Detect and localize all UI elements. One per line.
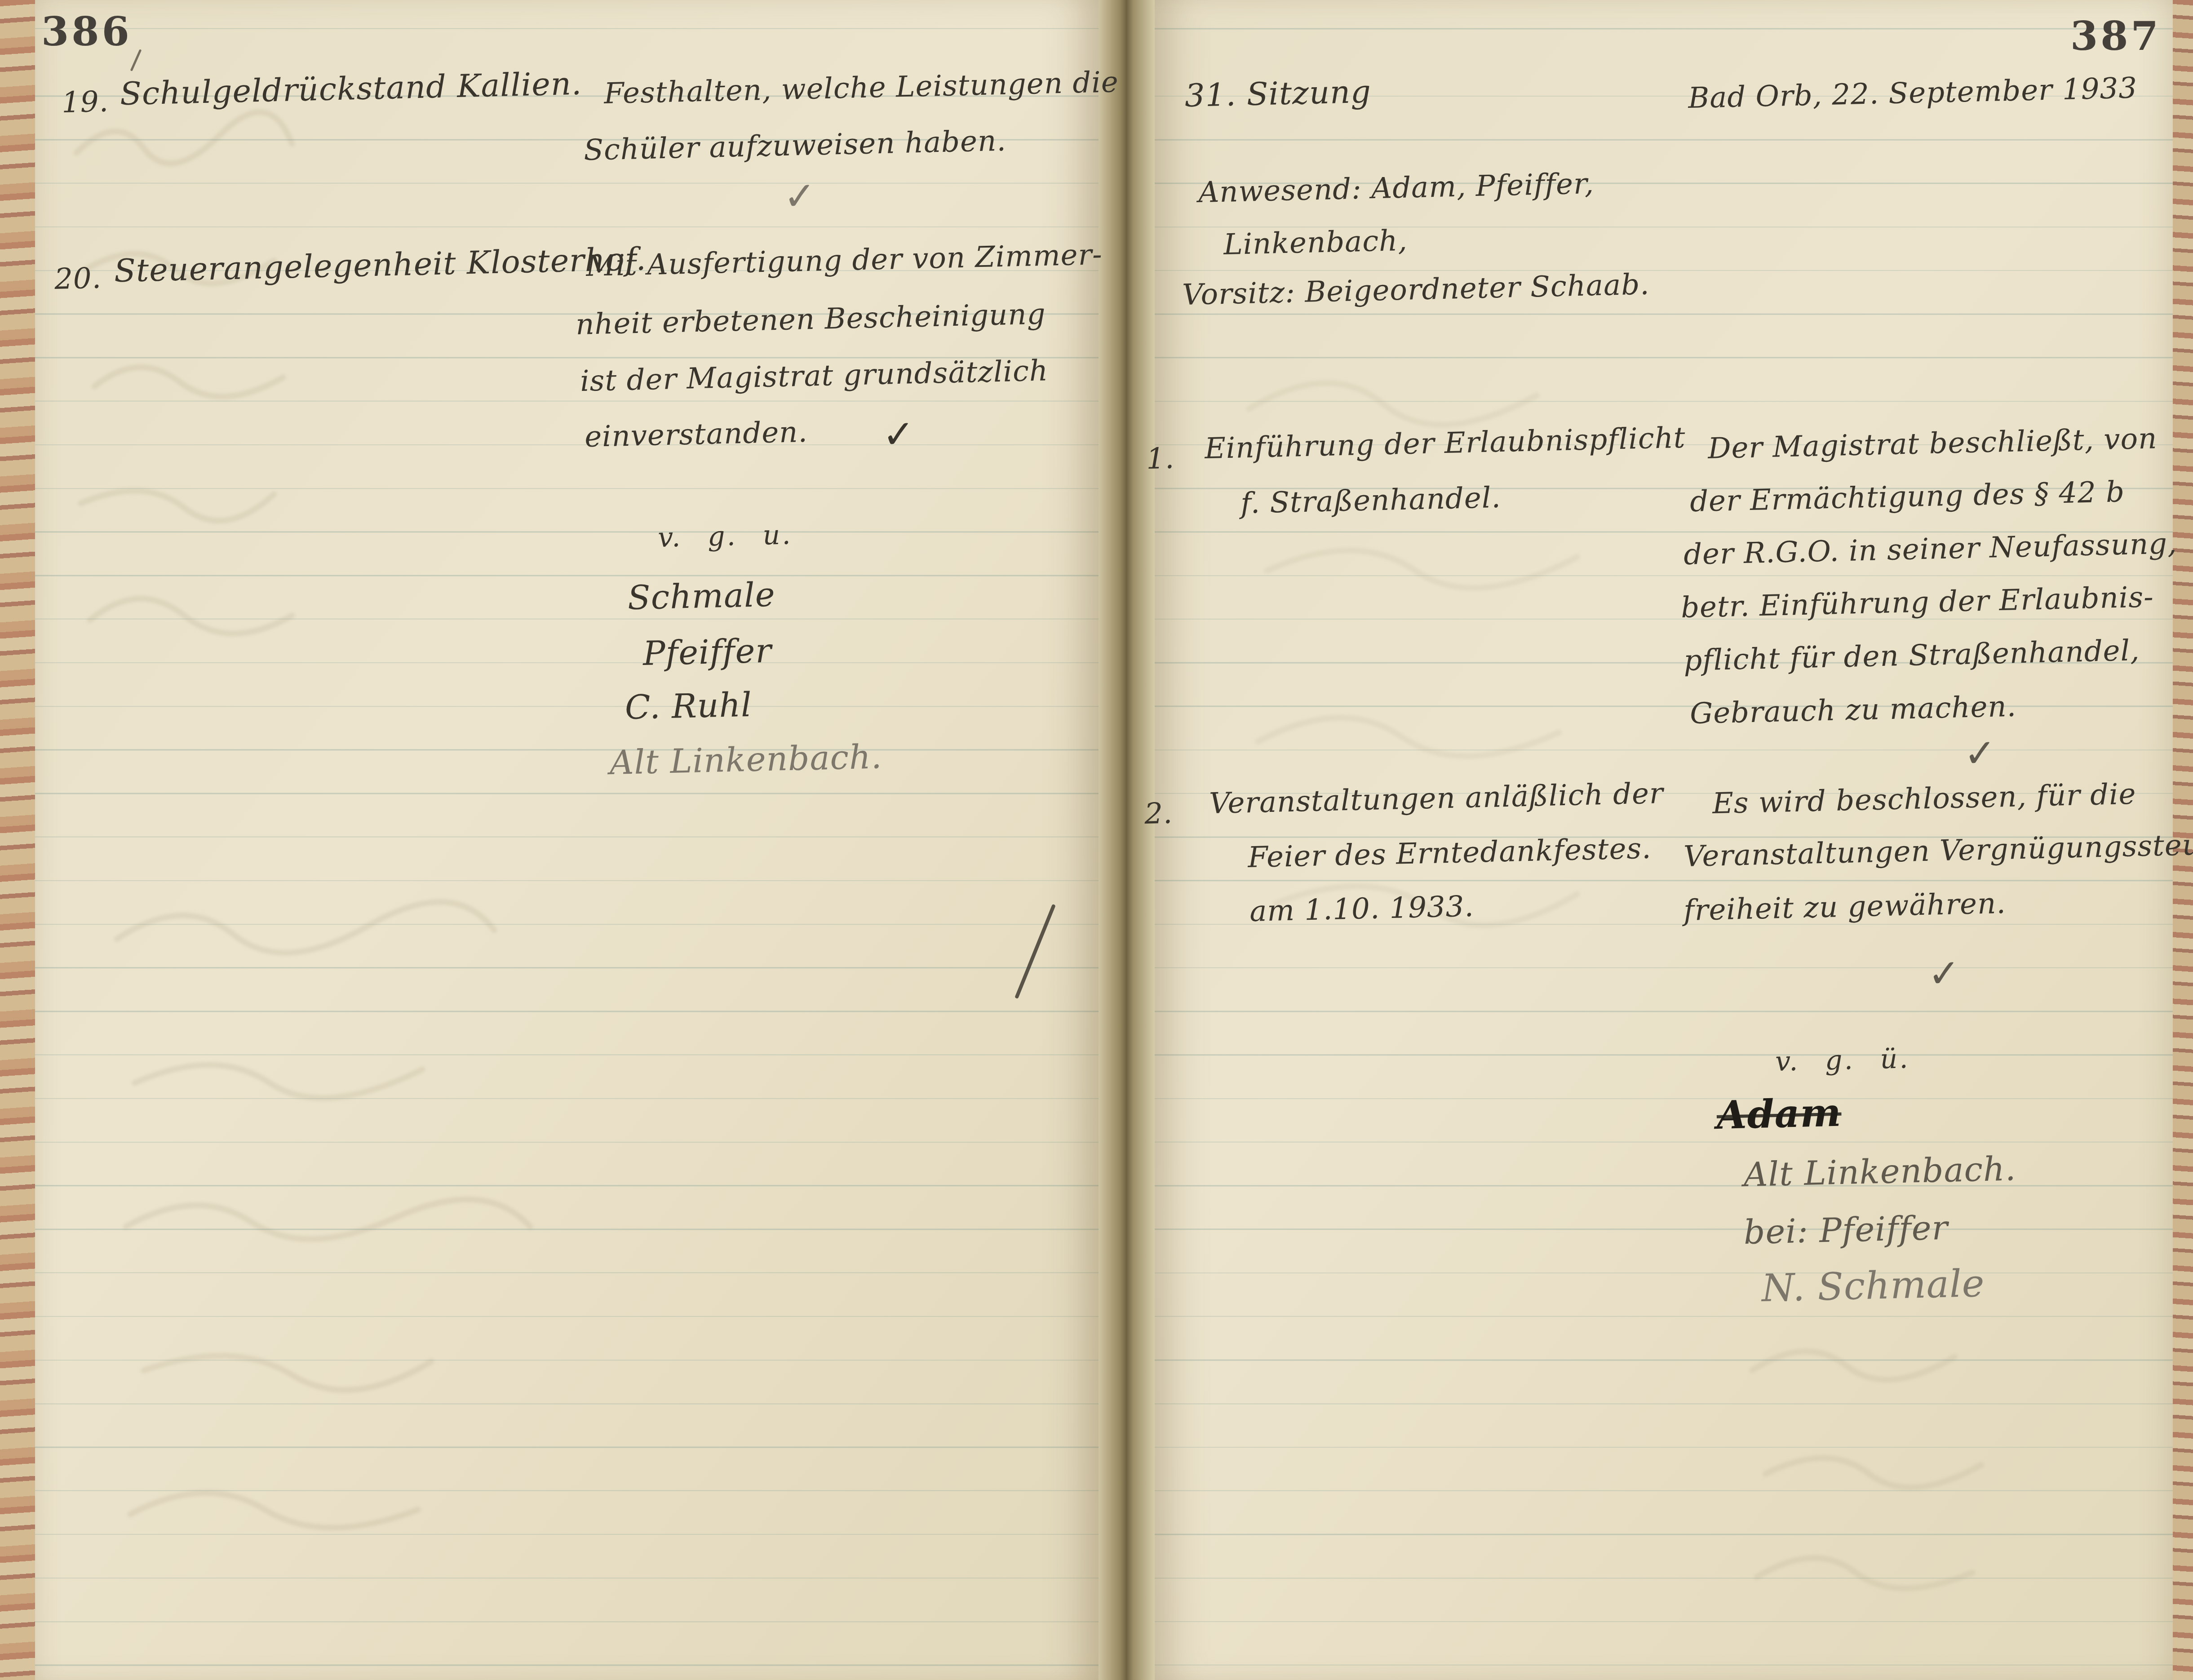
session-title: 31. Sitzung [1184,73,1372,114]
check-mark: ✓ [783,173,817,219]
signature: Adam [1716,1090,1842,1138]
closing-abbreviation: v. g. ü. [1775,1043,1910,1077]
entry-body-line: einverstanden. [584,416,808,454]
closing-abbreviation: v. g. u. [657,519,793,554]
signature: bei: Pfeiffer [1743,1209,1949,1252]
marbled-edge-left [0,0,35,1680]
signature: C. Ruhl [625,686,753,727]
signature: Pfeiffer [642,632,772,673]
signature: Alt Linkenbach. [1743,1149,2016,1194]
entry-number: 19. [61,85,109,120]
page-number: 386 [41,8,132,55]
item-number: 2. [1144,797,1173,831]
bleed-through-ghost-text [1730,1325,2134,1618]
check-mark: ✓ [882,412,916,457]
item-heading-line: f. Straßenhandel. [1240,481,1501,520]
bleed-through-ghost-text [58,99,575,773]
check-mark: ✓ [1927,951,1961,997]
book-gutter [1099,0,1155,1680]
ledger-book-spread: 386 19. Schulgeldrückstand Kallien. Fest… [0,0,2193,1680]
entry-number: 20. [54,262,102,296]
page-number: 387 [2070,13,2161,59]
bleed-through-ghost-text [90,876,1033,1595]
signature: Alt Linkenbach. [609,737,882,782]
check-mark: ✓ [1963,731,1997,776]
signature: N. Schmale [1761,1261,1985,1310]
item-heading-line: am 1.10. 1933. [1249,890,1474,928]
signature: Schmale [627,576,775,617]
item-number: 1. [1146,442,1175,476]
attendance-line: Linkenbach, [1223,224,1408,262]
